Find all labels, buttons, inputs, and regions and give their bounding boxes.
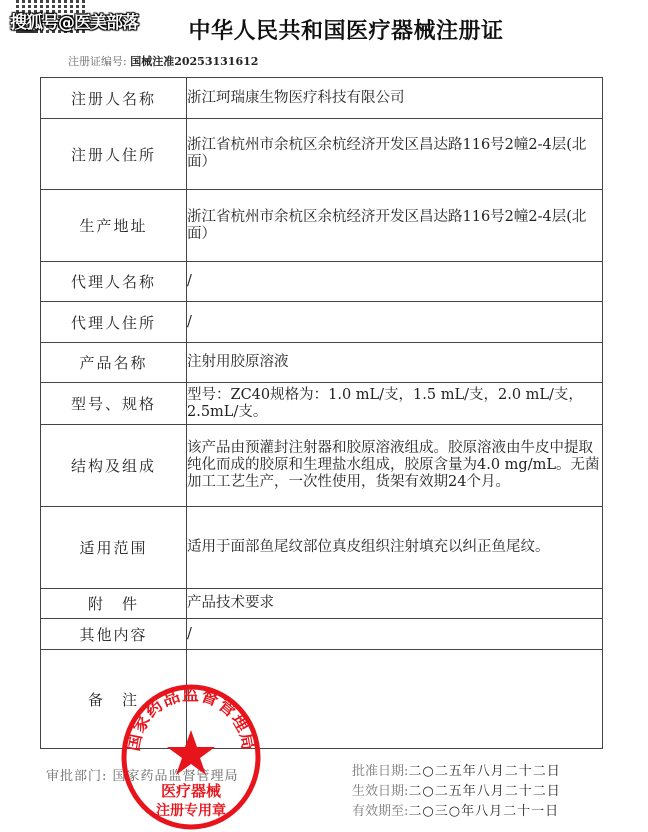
expiry-value: 二○三○年八月二十一日 [408,804,559,819]
row-value: 浙江省杭州市余杭区余杭经济开发区昌达路116号2幢2-4层(北面） [187,119,603,190]
row-label: 适用范围 [41,507,187,589]
expiry-date: 有效期至:二○三○年八月二十一日 [352,802,561,822]
row-label: 结构及组成 [41,425,187,507]
table-row: 结构及组成 该产品由预灌封注射器和胶原溶液组成。胶原溶液由牛皮中提取纯化而成的胶… [41,425,603,507]
row-value: / [187,262,603,302]
table-row: 适用范围 适用于面部鱼尾纹部位真皮组织注射填充以纠正鱼尾纹。 [41,507,603,589]
row-label: 附 件 [41,589,187,619]
effective-label: 生效日期: [352,784,408,799]
table-row: 生产地址 浙江省杭州市余杭区余杭经济开发区昌达路116号2幢2-4层(北面） [41,190,603,262]
row-value: / [187,619,603,650]
table-row: 其他内容 / [41,619,603,650]
table-row: 备 注 [41,650,603,749]
table-row: 代理人住所 / [41,302,603,343]
reg-no-value: 国械注准20253131612 [130,55,258,68]
table-row: 注册人名称 浙江珂瑞康生物医疗科技有限公司 [41,78,603,119]
approval-department: 审批部门: 国家药品监督管理局 [46,765,239,784]
row-value: 适用于面部鱼尾纹部位真皮组织注射填充以纠正鱼尾纹。 [187,507,603,589]
row-value: 注射用胶原溶液 [187,343,603,383]
row-value: 型号：ZC40规格为：1.0 mL/支，1.5 mL/支，2.0 mL/支，2.… [187,383,603,425]
approve-date: 批准日期:二○二五年八月二十二日 [352,762,561,782]
row-label: 备 注 [41,650,187,749]
row-label: 注册人名称 [41,78,187,119]
row-label: 注册人住所 [41,119,187,190]
row-label: 代理人名称 [41,262,187,302]
row-label: 产品名称 [41,343,187,383]
row-label: 型号、规格 [41,383,187,425]
seal-line1: 医疗器械 [161,782,222,800]
row-value: / [187,302,603,343]
table-row: 产品名称 注射用胶原溶液 [41,343,603,383]
certificate-table: 注册人名称 浙江珂瑞康生物医疗科技有限公司 注册人住所 浙江省杭州市余杭区余杭经… [40,77,603,749]
table-row: 注册人住所 浙江省杭州市余杭区余杭经济开发区昌达路116号2幢2-4层(北面） [41,119,603,190]
row-label: 生产地址 [41,190,187,262]
registration-number: 注册证编号: 国械注准20253131612 [68,53,258,69]
table-row: 型号、规格 型号：ZC40规格为：1.0 mL/支，1.5 mL/支，2.0 m… [41,383,603,425]
row-label: 代理人住所 [41,302,187,343]
approve-value: 二○二五年八月二十二日 [408,764,560,779]
table-row: 附 件 产品技术要求 [41,589,603,619]
dept-value: 国家药品监督管理局 [113,769,239,784]
row-value: 该产品由预灌封注射器和胶原溶液组成。胶原溶液由牛皮中提取纯化而成的胶原和生理盐水… [187,425,603,507]
effective-value: 二○二五年八月二十二日 [408,784,560,799]
row-label: 其他内容 [41,619,187,650]
seal-line2: 注册专用章 [156,802,226,819]
date-block: 批准日期:二○二五年八月二十二日 生效日期:二○二五年八月二十二日 有效期至:二… [352,762,561,822]
row-value: 浙江省杭州市余杭区余杭经济开发区昌达路116号2幢2-4层(北面） [187,190,603,262]
approve-label: 批准日期: [352,764,408,779]
effective-date: 生效日期:二○二五年八月二十二日 [352,782,561,802]
reg-no-label: 注册证编号: [68,55,127,68]
row-value: 产品技术要求 [187,589,603,619]
dept-label: 审批部门: [46,769,107,784]
table-row: 代理人名称 / [41,262,603,302]
expiry-label: 有效期至: [352,804,408,819]
row-value [187,650,603,749]
watermark: 搜狐号@医美部落 [10,8,138,33]
row-value: 浙江珂瑞康生物医疗科技有限公司 [187,78,603,119]
